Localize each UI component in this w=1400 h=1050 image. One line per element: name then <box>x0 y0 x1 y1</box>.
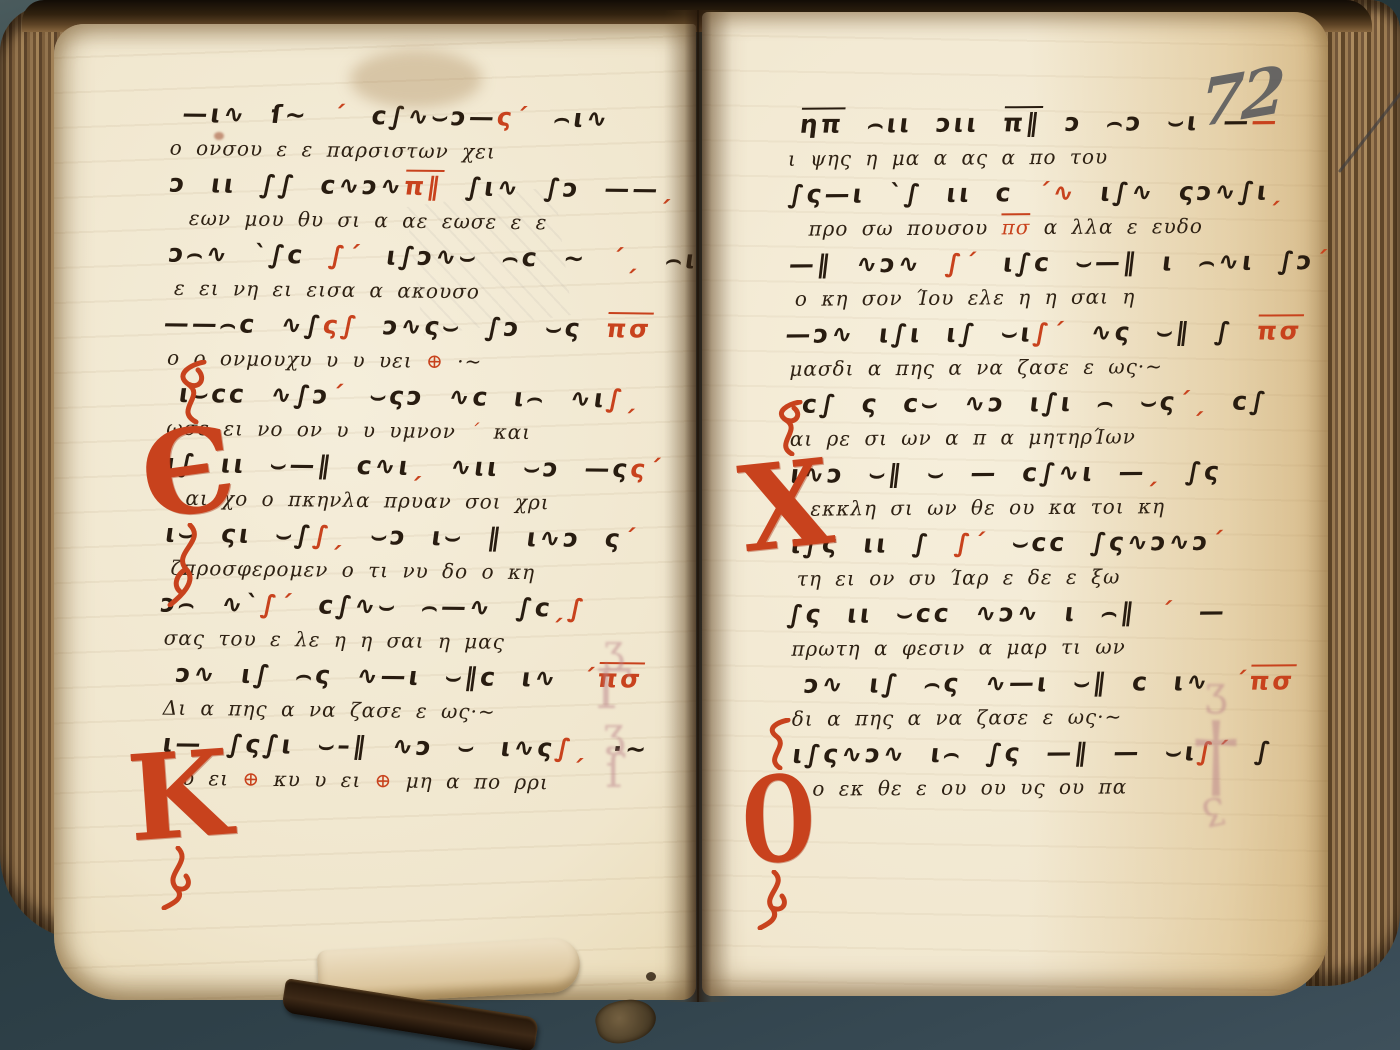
ink-segment: ∫ˊ <box>327 241 365 270</box>
neumes-line: ∫ς ιι ⌣cc ∿ɔ∿ ι ⌢‖ ˊ — <box>785 596 1313 637</box>
ink-segment: πσ <box>1248 666 1297 695</box>
ink-segment: ∫ι∿ ∫ɔ —— <box>441 172 663 204</box>
cord-knot <box>592 993 660 1048</box>
illuminated-initial-omicron: Ο <box>728 718 824 930</box>
folio-number: 72 <box>1199 52 1283 143</box>
ink-segment: ∫ς ιι ⌣cc ∿ɔ∿ ι ⌢‖ <box>786 597 1162 629</box>
ink-segment: ɔ ιι ∫∫ c∿ɔ∿ <box>168 169 406 201</box>
lyrics-line: προ σω πουσου πσ α λλα ε ευδο <box>808 213 1308 249</box>
ink-segment: ι∿ɔ ⌣‖ ⌣ — c∫∿ι — <box>789 457 1149 489</box>
bleed-through-ornament: ʒ Γ ʓ ſ <box>582 632 646 792</box>
ink-segment: — <box>1174 597 1229 626</box>
ink-segment: ⌣ɔ ι⌣ ‖ ι∿ɔ ς <box>345 521 625 553</box>
ink-segment: ɔ∿ ι∫ ⌢ς ∿—ι ⌣‖c ι∿ <box>174 659 584 693</box>
lyrics-line: πρωτη α φεσιν α μαρ τι ων <box>791 633 1311 670</box>
ink-segment: μη α πο ρρι <box>392 768 549 794</box>
ink-segment: ∿ιι ⌣ɔ —ς <box>425 452 633 483</box>
ink-segment: ⊕ <box>426 349 444 373</box>
bleed-glyph: ſ <box>605 751 622 792</box>
ink-segment: ·~ <box>444 349 483 373</box>
ink-segment: δι α πης α να ζασε ε ως·~ <box>792 705 1123 731</box>
ink-segment: τη ει ον συ Ίαρ ε δε ε ξω <box>797 565 1121 591</box>
ink-segment: ɔ∿ ι∫ ⌢ς ∿—ι ⌣‖ c ι∿ <box>802 667 1235 699</box>
ink-segment: Δι α πης α να ζασε ε ως·~ <box>163 696 496 724</box>
ink-segment: ∫ˏ <box>311 520 349 549</box>
ink-segment: ςˊ <box>495 103 532 132</box>
ink-segment: c∫ ς c⌣ ∿ɔ ι∫ι ⌢ ⌣ς <box>800 387 1179 419</box>
stain-mark <box>350 50 482 108</box>
ink-segment: πσ <box>604 314 653 344</box>
neumes-line: ι∫ς ιι ∫ ∫ˊ ⌣cc ∫ς∿ɔ∿ɔˊ <box>788 526 1312 567</box>
lyrics-line: μασδι α πης α να ζασε ε ως·~ <box>789 353 1309 390</box>
ink-segment: ⌢ιι ɔιι <box>842 108 1005 138</box>
manuscript-page-right: 72 Χ Ο ʒ † ʒ ηπ ⌢ιι ɔιι π‖ ɔ ⌢ɔ ⌣ι ——ι ψ… <box>702 12 1328 996</box>
ink-segment: ∫ˏ <box>605 384 643 413</box>
bleed-through-ornament-cross: ʒ † ʒ <box>1184 674 1248 836</box>
illuminated-initial-chi: Χ <box>740 400 832 556</box>
ink-segment: ⊕ <box>374 768 392 792</box>
ink-segment: αι ρε σι ων α π α μητηρΊων <box>790 424 1136 450</box>
ink-segment: ς∫ <box>321 311 361 340</box>
ink-segment: ˊ <box>621 524 640 553</box>
lyrics-line: ι ψης η μα α ας α πο του <box>788 143 1308 180</box>
neumes-line: ι∫ ιι ⌣—‖ c∿ιˏ ∿ιι ⌣ɔ —ςςˊ <box>163 449 716 493</box>
initial-letter: Ο <box>741 768 812 873</box>
neumes-line: ∫ς—ι ˋ∫ ιι c ˊ∿ ι∫∿ ςɔ∿∫ιˏ <box>786 176 1310 217</box>
lyrics-line: αι ρε σι ων α π α μητηρΊων <box>790 423 1310 460</box>
ink-segment: πσ <box>1001 215 1030 239</box>
initial-letter: Χ <box>735 451 837 560</box>
ink-segment: π‖ <box>402 172 444 201</box>
lyrics-line: τη ει ον συ Ίαρ ε δε ε ξω <box>797 563 1311 600</box>
ink-segment: ˊ∿ <box>1036 178 1079 207</box>
ink-segment: ο ονσου ε ε παρσιστων χει <box>170 136 496 164</box>
ink-segment: —ɔ∿ ι∫ι ι∫ ⌣ι <box>784 318 1035 349</box>
neumes-line: —ɔ∿ ι∫ι ι∫ ⌣ι∫ˊ ∿ς ⌣‖ ∫ πσ <box>783 316 1311 357</box>
ink-segment: ι ψης η μα α ας α πο του <box>788 145 1108 171</box>
ink-segment: πσ <box>1255 316 1304 345</box>
lyrics-line: εκκλη σι ων θε ου κα τοι κη <box>810 493 1310 529</box>
ink-segment: ο κη σον Ίου ελε η η σαι η <box>795 284 1136 310</box>
initial-letter: Є <box>134 418 243 529</box>
neumes-line: —ι∿ ſ~ ˊ c∫∿⌣ɔ—ςˊ ⌢ι∿ <box>180 99 721 142</box>
ink-segment: σας του ε λε η η σαι η μας <box>164 626 506 654</box>
ink-segment: εων μου θυ σι α αε εωσε ε ε <box>189 206 548 234</box>
bleed-glyph: Γ <box>595 666 632 715</box>
ink-segment: μασδι α πης α να ζασε ε ως·~ <box>789 354 1163 381</box>
ink-segment: ηπ <box>798 109 845 138</box>
ink-segment: ˊ <box>1209 527 1228 556</box>
ink-segment: ⌣cc ∫ς∿ɔ∿ɔ <box>987 527 1212 558</box>
ink-segment: α λλα ε ευδο <box>1030 214 1203 239</box>
ink-segment: ∫ˊ <box>944 248 981 277</box>
neumes-line: ——⌢c ∿∫ς∫ ɔ∿ς⌣ ∫ɔ ⌣ς πσ <box>161 309 718 353</box>
ink-segment: ∫ς <box>1161 457 1224 486</box>
neumes-line: ɔ⌢ ∿ˋ∫ˊ c∫∿⌣ ⌢—∿ ∫cˏ∫ <box>158 589 715 633</box>
ink-segment: ∿ς ⌣‖ ∫ <box>1065 317 1258 347</box>
ink-segment: ˏ <box>1268 176 1287 205</box>
bleed-glyph: † <box>1193 710 1239 802</box>
ink-segment: c∫∿⌣ɔ— <box>346 101 499 132</box>
neumes-line: ι⌣cc ∿∫ɔˊ ⌣ςɔ ∿c ι⌢ ∿ι∫ˏ <box>176 379 717 422</box>
ink-segment: ∫ˊ <box>1032 318 1069 347</box>
ink-segment: ˊˏ <box>609 244 644 273</box>
ink-segment: ∫ˊ <box>953 528 990 557</box>
ink-segment: ∫ς—ι ˋ∫ ιι c <box>787 178 1039 209</box>
ink-segment: ˊˏ <box>1176 387 1210 416</box>
ink-dot <box>646 972 656 981</box>
ink-segment: ο εκ θε ε ου ου υς ου πα <box>812 774 1127 800</box>
neumes-line: ι∿ɔ ⌣‖ ⌣ — c∫∿ι —ˏ ∫ς <box>788 456 1312 497</box>
neumes-line: ɔ⌢∿ ˋ∫c ∫ˊ ι∫ɔ∿⌣ ⌢c ~ ˊˏ ⌢ι <box>166 239 719 283</box>
ink-segment: c∫∿⌣ ⌢—∿ ∫c <box>293 590 555 622</box>
ink-segment: ˏ∫ <box>551 593 589 622</box>
ink-segment: ——⌢c ∿∫ <box>162 309 325 340</box>
ink-segment: ⌢ι <box>640 244 700 274</box>
ink-segment: πρωτη α φεσιν α μαρ τι ων <box>791 634 1126 660</box>
neumes-line: —‖ ∿ɔ∿ ∫ˊ ι∫c ⌣—‖ ι ⌢∿ι ∫ɔˊ <box>787 246 1311 287</box>
ink-segment: π‖ <box>1001 108 1043 137</box>
ink-segment: εκκλη σι ων θε ου κα τοι κη <box>810 494 1165 520</box>
ink-segment: ι∫c ⌣—‖ ι ⌢∿ι ∫ɔ <box>978 246 1317 277</box>
ink-segment: ∫ˊ <box>259 590 297 619</box>
photo-background: Є Κ ʒ Γ ʓ ſ —ι∿ ſ~ ˊ c∫∿⌣ɔ—ςˊ ⌢ι∿ο ονσου… <box>0 0 1400 1050</box>
ink-segment: ⌢ι∿ <box>528 103 612 133</box>
ink-segment: ɔ⌢∿ ˋ∫c <box>167 239 331 270</box>
ink-segment: —ι∿ ſ~ <box>181 99 335 130</box>
neumes-line: ɔ ιι ∫∫ c∿ɔ∿π‖ ∫ι∿ ∫ɔ ——ˏ <box>167 169 720 213</box>
illuminated-initial-epsilon: Є <box>140 360 236 607</box>
ink-segment: ι∫ς∿ɔ∿ ι⌢ ∫ς —‖ — ⌣ι <box>791 737 1199 769</box>
ink-segment: —‖ ∿ɔ∿ <box>787 249 947 279</box>
illuminated-initial-kappa: Κ <box>128 746 228 910</box>
ink-segment: ι∫∿ ςɔ∿∫ι <box>1075 176 1271 206</box>
lyrics-line: ο κη σον Ίου ελε η η σαι η <box>795 283 1309 320</box>
neumes-line: ι⌣ ςι ⌣∫∫ˏ ⌣ɔ ι⌣ ‖ ι∿ɔ ςˊ <box>162 519 715 563</box>
ink-segment: ⊕ <box>242 767 260 791</box>
ink-segment: ˏ <box>659 175 678 204</box>
ink-segment: ςˊ <box>629 454 666 483</box>
ink-segment: c∫ <box>1207 386 1270 415</box>
ink-segment: ɔ∿ς⌣ ∫ɔ ⌣ς <box>357 311 608 343</box>
ink-segment: ι∫ɔ∿⌣ ⌢c ~ <box>361 241 613 273</box>
ink-segment: ε ει νη ει εισα α ακουσο <box>174 276 480 304</box>
initial-letter: Κ <box>125 743 232 850</box>
ink-segment: ⌣ςɔ ∿c ι⌢ ∿ι <box>344 381 608 413</box>
manuscript-page-left: Є Κ ʒ Γ ʓ ſ —ι∿ ſ~ ˊ c∫∿⌣ɔ—ςˊ ⌢ι∿ο ονσου… <box>54 24 696 1000</box>
ink-segment: κυ υ ει <box>260 767 375 792</box>
ink-segment: και <box>480 419 531 444</box>
neumes-line: c∫ ς c⌣ ∿ɔ ι∫ι ⌢ ⌣ςˊˏ c∫ <box>800 386 1312 427</box>
ink-segment: προ σω πουσου <box>808 215 1001 240</box>
ink-segment: ˊ <box>469 419 480 443</box>
